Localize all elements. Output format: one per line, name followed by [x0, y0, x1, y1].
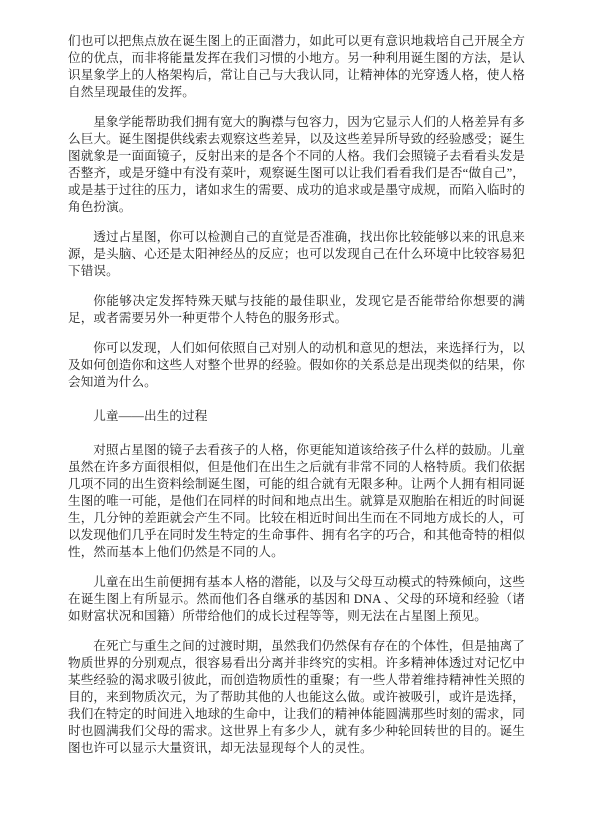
paragraph: 你可以发现，人们如何依照自己对别人的动机和意见的想法，来选择行为，以及如何创造你…: [68, 340, 525, 391]
paragraph: 星象学能帮助我们拥有宽大的胸襟与包容力，因为它显示人们的人格差异有多么巨大。诞生…: [68, 114, 525, 216]
paragraph-continuation: 们也可以把焦点放在诞生图上的正面潜力，如此可以更有意识地栽培自己开展全方位的优点…: [68, 33, 525, 101]
paragraph: 儿童在出生前便拥有基本人格的潜能，以及与父母互动模式的特殊倾向，这些在诞生图上有…: [68, 574, 525, 625]
paragraph: 在死亡与重生之间的过渡时期，虽然我们仍然保有存在的个体性，但是抽离了物质世界的分…: [68, 638, 525, 757]
paragraph: 透过占星图，你可以检测自己的直觉是否准确，找出你比较能够以来的讯息来源，是头脑、…: [68, 229, 525, 280]
paragraph: 对照占星图的镜子去看孩子的人格，你更能知道该给孩子什么样的鼓励。儿童虽然在许多方…: [68, 442, 525, 561]
paragraph: 你能够决定发挥特殊天赋与技能的最佳职业，发现它是否能带给你想要的满足，或者需要另…: [68, 293, 525, 327]
section-heading: 儿童——出生的过程: [68, 408, 525, 425]
text-column: 们也可以把焦点放在诞生图上的正面潜力，如此可以更有意识地栽培自己开展全方位的优点…: [68, 33, 525, 770]
document-page: 们也可以把焦点放在诞生图上的正面潜力，如此可以更有意识地栽培自己开展全方位的优点…: [0, 0, 593, 823]
